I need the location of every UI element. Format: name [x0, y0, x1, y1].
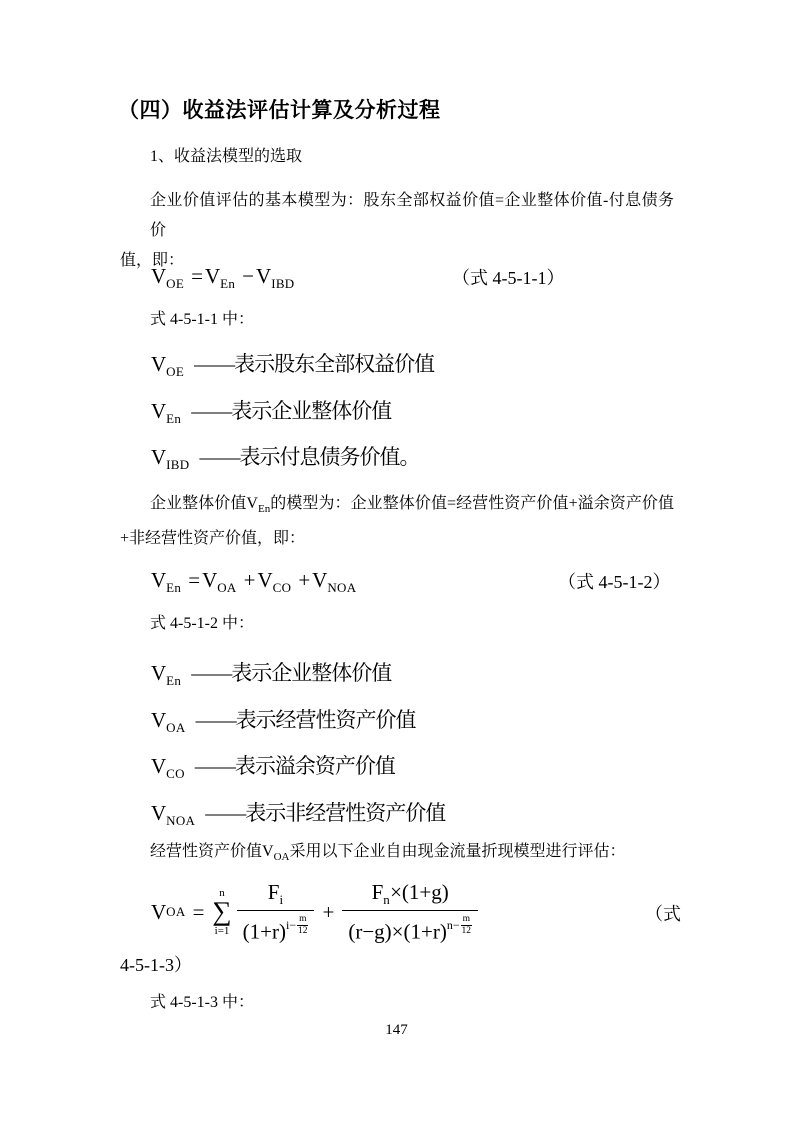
math-subscript: OA	[166, 904, 185, 920]
summation-lower-limit: i=1	[215, 925, 230, 937]
math-symbol: VOE	[151, 352, 184, 376]
exponent-fraction: m12	[461, 914, 472, 937]
fraction-terminal-term: Fn×(1+g) (r−g)×(1+r)n−m12	[342, 881, 478, 944]
page-number: 147	[0, 1022, 793, 1039]
paragraph-dcf-intro: 经营性资产价值VOA采用以下企业自由现金流量折现模型进行评估：	[150, 840, 625, 869]
math-operator: =	[188, 568, 200, 592]
formula-where-line: 式 4-5-1-3 中：	[150, 991, 254, 1015]
symbol-definition-line: VNOA——表示非经营性资产价值	[151, 800, 445, 834]
fraction-denominator: (1+r)i−m12	[237, 910, 315, 944]
definition-text: ——表示股东全部权益价值	[194, 352, 434, 376]
math-subscript: IBD	[271, 276, 294, 291]
math-operator: +	[322, 900, 334, 925]
math-subscript: NOA	[327, 580, 356, 595]
formula-4-5-1-1: VOE=VEn−VIBD	[151, 263, 294, 297]
math-symbol: VEn	[151, 661, 181, 685]
math-symbol: VIBD	[151, 445, 189, 469]
math-symbol: VOA	[151, 708, 186, 732]
formula-where-line: 式 4-5-1-1 中：	[150, 308, 254, 332]
math-symbol: VNOA	[151, 801, 195, 825]
formula-label-continuation: 4-5-1-3）	[120, 954, 192, 976]
math-operator: −	[242, 264, 254, 288]
symbol-definition-line: VCO——表示溢余资产价值	[151, 753, 395, 787]
fraction-numerator: Fi	[262, 881, 290, 910]
definition-text: ——表示企业整体价值	[191, 399, 391, 423]
fraction-numerator: Fn×(1+g)	[366, 881, 455, 910]
symbol-definition-line: VEn——表示企业整体价值	[151, 398, 391, 432]
paragraph-enterprise-value-model: 企业整体价值VEn的模型为：企业整体价值=经营性资产价值+溢余资产价值 +非经营…	[120, 489, 674, 554]
math-subscript: OE	[166, 276, 184, 291]
math-operator: =	[191, 264, 203, 288]
section-heading: （四）收益法评估计算及分析过程	[118, 98, 441, 124]
fraction-first-term: Fi (1+r)i−m12	[237, 881, 315, 944]
exponent: n−m12	[447, 914, 472, 937]
exponent: i−m12	[286, 914, 309, 937]
math-term: V	[205, 264, 220, 288]
definition-text: ——表示企业整体价值	[191, 661, 391, 685]
math-subscript: OA	[274, 851, 290, 863]
definition-text: ——表示溢余资产价值	[195, 754, 395, 778]
math-operator: =	[193, 900, 205, 925]
fraction-denominator: (r−g)×(1+r)n−m12	[342, 910, 478, 944]
formula-4-5-1-3: VOA= n ∑ i=1 Fi (1+r)i−m12 + Fn×(1+g) (r…	[151, 880, 480, 944]
formula-where-line: 式 4-5-1-2 中：	[150, 612, 254, 636]
math-subscript: En	[258, 503, 270, 515]
definition-text: ——表示经营性资产价值	[196, 708, 416, 732]
math-term: V	[151, 568, 166, 592]
math-operator: +	[244, 568, 256, 592]
math-subscript: En	[166, 580, 181, 595]
math-term: V	[257, 568, 272, 592]
math-operator: +	[298, 568, 310, 592]
formula-label: （式 4-5-1-1）	[452, 267, 564, 289]
definition-text: ——表示非经营性资产价值	[205, 801, 445, 825]
sigma-icon: ∑	[212, 899, 231, 925]
math-subscript: OA	[217, 580, 236, 595]
paragraph-line: 企业价值评估的基本模型为：股东全部权益价值=企业整体价值-付息债务价	[120, 186, 674, 246]
document-page: （四）收益法评估计算及分析过程 1、收益法模型的选取 企业价值评估的基本模型为：…	[0, 0, 793, 1122]
symbol-definition-line: VOE——表示股东全部权益价值	[151, 351, 434, 385]
math-term: V	[151, 264, 166, 288]
definition-text: ——表示付息债务价值。	[199, 445, 419, 469]
formula-label: （式 4-5-1-2）	[558, 571, 670, 593]
summation-symbol: n ∑ i=1	[212, 887, 231, 937]
formula-4-5-1-2: VEn=VOA+VCO+VNOA	[151, 567, 356, 601]
math-subscript: CO	[273, 580, 292, 595]
math-term: V	[256, 264, 271, 288]
symbol-definition-line: VEn——表示企业整体价值	[151, 660, 391, 694]
math-term: V	[151, 900, 166, 925]
symbol-definition-line: VIBD——表示付息债务价值。	[151, 444, 419, 478]
exponent-fraction: m12	[297, 914, 308, 937]
math-term: V	[202, 568, 217, 592]
math-term: V	[312, 568, 327, 592]
math-symbol: VCO	[151, 754, 185, 778]
subsection-heading: 1、收益法模型的选取	[150, 145, 302, 169]
paragraph-line: +非经营性资产价值，即：	[120, 524, 674, 554]
symbol-definition-line: VOA——表示经营性资产价值	[151, 707, 416, 741]
formula-label-open: （式	[645, 903, 681, 925]
math-symbol: VEn	[151, 399, 181, 423]
math-subscript: En	[220, 276, 235, 291]
paragraph-line: 企业整体价值VEn的模型为：企业整体价值=经营性资产价值+溢余资产价值	[120, 489, 674, 524]
